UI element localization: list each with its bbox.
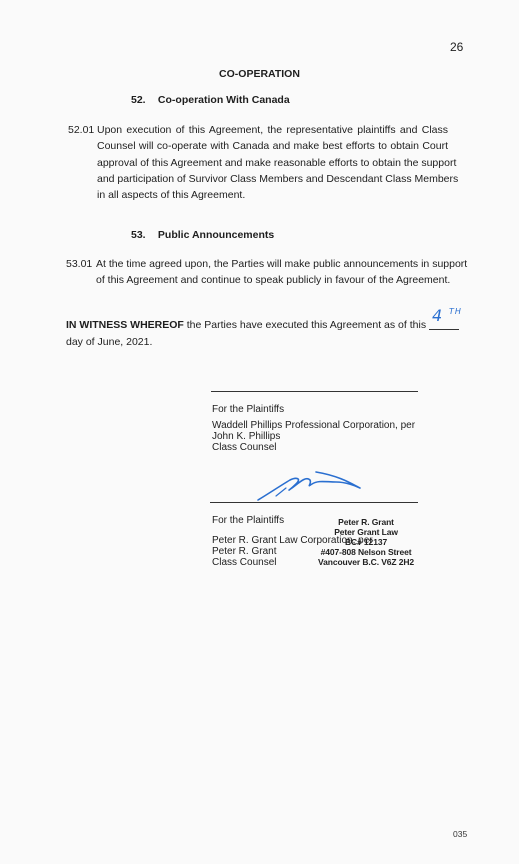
footer-document-number: 035 — [453, 829, 467, 839]
section-number: 53. — [131, 229, 155, 241]
signature-line — [211, 391, 418, 392]
signatory-line: John K. Phillips — [212, 431, 415, 442]
signatory-for: For the Plaintiffs — [212, 404, 415, 415]
paragraph-line: and participation of Survivor Class Memb… — [97, 171, 448, 187]
law-firm-stamp: Peter R. Grant Peter Grant Law BC# 12137… — [318, 517, 414, 567]
section-heading: CO-OPERATION — [0, 68, 519, 80]
section-title-text: Public Announcements — [158, 229, 274, 241]
signature-block-waddell-phillips: For the Plaintiffs Waddell Phillips Prof… — [212, 404, 415, 453]
paragraph-number: 52.01 — [68, 122, 94, 138]
section-52-title: 52. Co-operation With Canada — [131, 94, 290, 106]
signatory-line: Class Counsel — [212, 442, 415, 453]
stamp-line: #407-808 Nelson Street — [318, 547, 414, 557]
stamp-line: Peter R. Grant — [318, 517, 414, 527]
paragraph-line: At the time agreed upon, the Parties wil… — [96, 256, 467, 272]
paragraph-body: At the time agreed upon, the Parties wil… — [96, 256, 467, 289]
signature-line — [210, 502, 418, 503]
section-53-title: 53. Public Announcements — [131, 229, 274, 241]
day-blank: 4TH — [429, 319, 459, 330]
paragraph-number: 53.01 — [66, 256, 92, 272]
witness-clause: IN WITNESS WHEREOF the Parties have exec… — [66, 317, 459, 351]
page-number: 26 — [450, 40, 463, 54]
paragraph-body: Upon execution of this Agreement, the re… — [97, 122, 448, 203]
witness-line-2: day of June, 2021. — [66, 334, 459, 351]
stamp-line: Peter Grant Law — [318, 527, 414, 537]
handwritten-day: 4 — [432, 307, 442, 324]
section-number: 52. — [131, 94, 155, 106]
handwritten-signature — [256, 468, 366, 502]
signatory-line: Waddell Phillips Professional Corporatio… — [212, 420, 415, 431]
paragraph-line: approval of this Agreement and make reas… — [97, 155, 448, 171]
paragraph-line: Counsel will co-operate with Canada and … — [97, 138, 448, 154]
stamp-line: BC# 12137 — [318, 537, 414, 547]
stamp-line: Vancouver B.C. V6Z 2H2 — [318, 557, 414, 567]
handwritten-day-suffix: TH — [449, 303, 462, 320]
paragraph-line: of this Agreement and continue to speak … — [96, 272, 467, 288]
section-title-text: Co-operation With Canada — [158, 94, 290, 106]
witness-line-1: IN WITNESS WHEREOF the Parties have exec… — [66, 317, 459, 334]
paragraph-line: Upon execution of this Agreement, the re… — [97, 122, 448, 138]
paragraph-line: in all aspects of this Agreement. — [97, 187, 448, 203]
witness-text: the Parties have executed this Agreement… — [184, 319, 429, 331]
witness-lead: IN WITNESS WHEREOF — [66, 319, 184, 331]
